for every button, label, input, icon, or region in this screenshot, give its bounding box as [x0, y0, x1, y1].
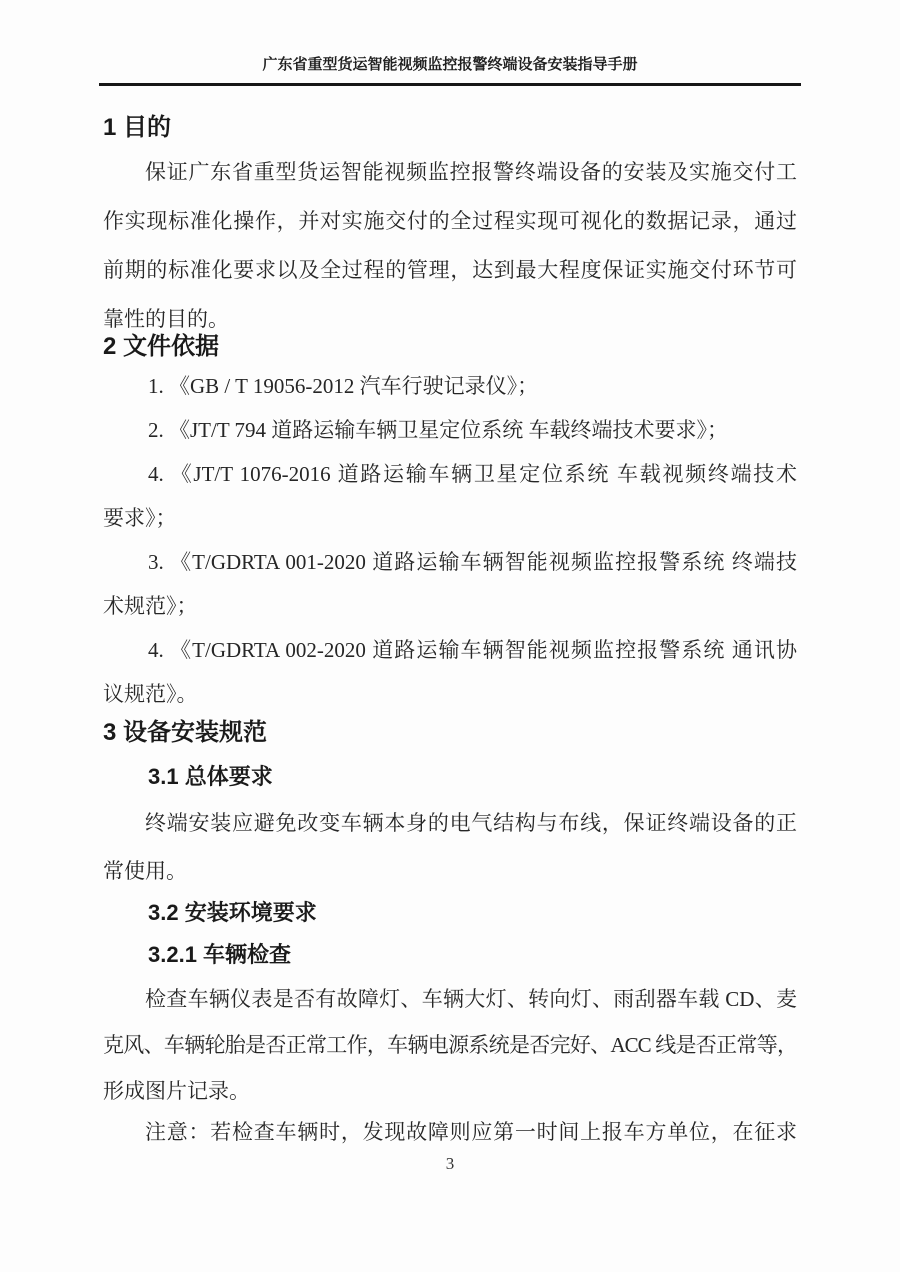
heading-2-references: 2 文件依据 — [103, 330, 797, 364]
document-page: 广东省重型货运智能视频监控报警终端设备安装指导手册 1 目的 保证广东省重型货运… — [0, 0, 900, 1272]
page-number: 3 — [0, 1152, 900, 1176]
para-line: 克风、车辆轮胎是否正常工作，车辆电源系统是否完好、ACC 线是否正常等， — [103, 1022, 797, 1068]
references-list: 1. 《GB / T 19056-2012 汽车行驶记录仪》； 2. 《JT/T… — [103, 364, 797, 716]
para-line: 终端安装应避免改变车辆本身的电气结构与布线，保证终端设备的正 — [103, 799, 797, 847]
para-line: 常使用。 — [103, 847, 797, 895]
heading-1-purpose: 1 目的 — [103, 111, 797, 145]
heading-3-2-1-vehicle-inspection: 3.2.1 车辆检查 — [103, 938, 797, 972]
notice-paragraph: 注意：若检查车辆时，发现故障则应第一时间上报车方单位，在征求 — [103, 1108, 797, 1156]
header-rule — [99, 83, 801, 86]
vehicle-inspection-paragraph: 检查车辆仪表是否有故障灯、车辆大灯、转向灯、雨刮器车载 CD、麦 克风、车辆轮胎… — [103, 976, 797, 1114]
purpose-paragraph: 保证广东省重型货运智能视频监控报警终端设备的安装及实施交付工 作实现标准化操作，… — [103, 148, 797, 344]
reference-item-continuation: 术规范》； — [103, 584, 797, 628]
page-header-title: 广东省重型货运智能视频监控报警终端设备安装指导手册 — [0, 52, 900, 78]
notice-line: 注意：若检查车辆时，发现故障则应第一时间上报车方单位，在征求 — [103, 1108, 797, 1156]
reference-item: 4. 《T/GDRTA 002-2020 道路运输车辆智能视频监控报警系统 通讯… — [103, 628, 797, 672]
reference-item-continuation: 要求》； — [103, 496, 797, 540]
para-line: 作实现标准化操作，并对实施交付的全过程实现可视化的数据记录，通过 — [103, 197, 797, 246]
para-line: 保证广东省重型货运智能视频监控报警终端设备的安装及实施交付工 — [103, 148, 797, 197]
para-line: 检查车辆仪表是否有故障灯、车辆大灯、转向灯、雨刮器车载 CD、麦 — [103, 976, 797, 1022]
heading-3-installation-spec: 3 设备安装规范 — [103, 716, 797, 750]
reference-item: 3. 《T/GDRTA 001-2020 道路运输车辆智能视频监控报警系统 终端… — [103, 540, 797, 584]
general-requirements-paragraph: 终端安装应避免改变车辆本身的电气结构与布线，保证终端设备的正 常使用。 — [103, 799, 797, 895]
reference-item-continuation: 议规范》。 — [103, 672, 797, 716]
heading-3-1-general-requirements: 3.1 总体要求 — [103, 760, 797, 794]
para-line: 前期的标准化要求以及全过程的管理，达到最大程度保证实施交付环节可 — [103, 246, 797, 295]
reference-item: 4. 《JT/T 1076-2016 道路运输车辆卫星定位系统 车载视频终端技术 — [103, 452, 797, 496]
reference-item: 1. 《GB / T 19056-2012 汽车行驶记录仪》； — [103, 364, 797, 408]
heading-3-2-environment-requirements: 3.2 安装环境要求 — [103, 896, 797, 930]
reference-item: 2. 《JT/T 794 道路运输车辆卫星定位系统 车载终端技术要求》； — [103, 408, 797, 452]
